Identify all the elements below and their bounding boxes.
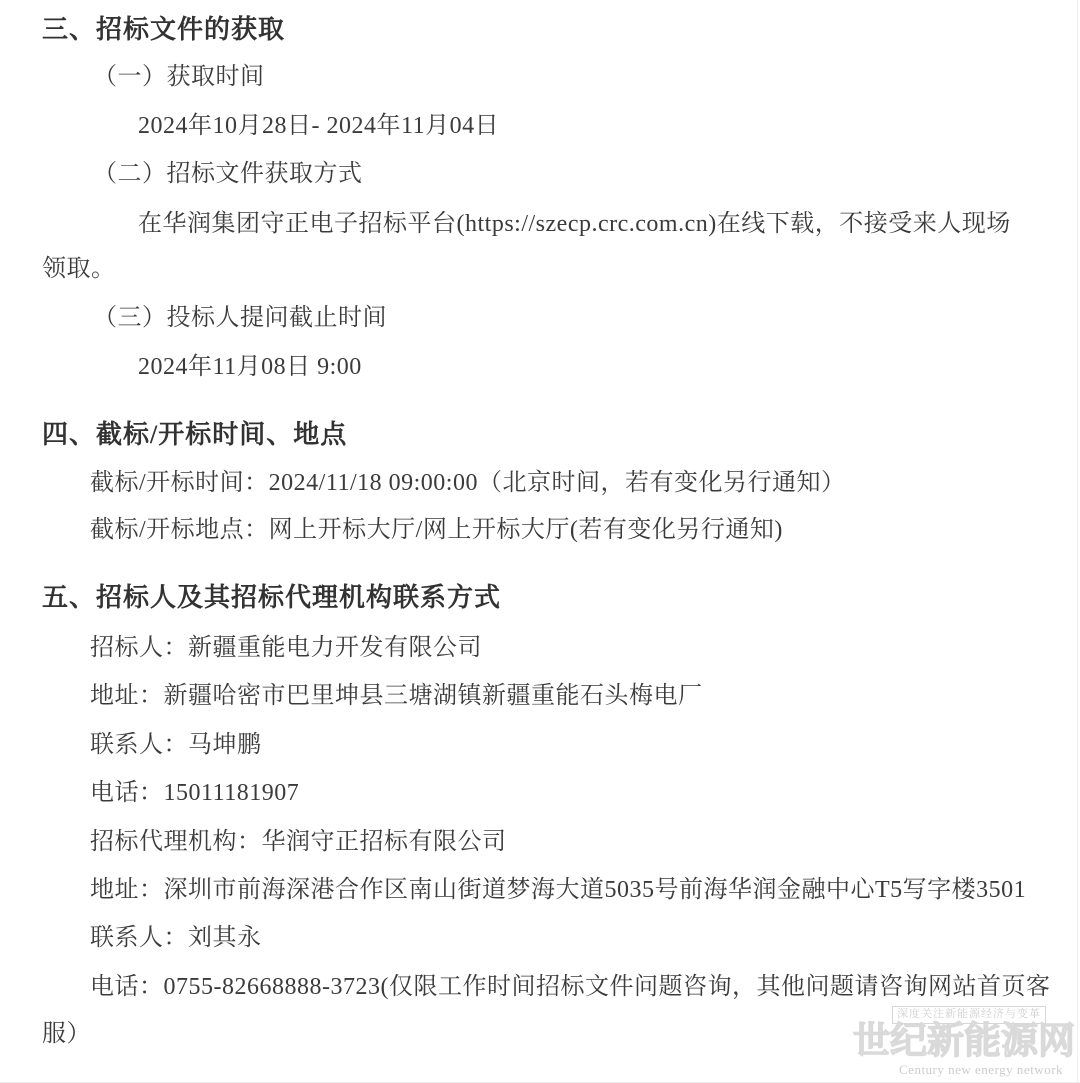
agency-name: 招标代理机构：华润守正招标有限公司 [90, 830, 507, 854]
item-3-1-label: （一）获取时间 [93, 65, 265, 89]
section-4-title: 四、截标/开标时间、地点 [42, 422, 347, 448]
item-3-2-label: （二）招标文件获取方式 [93, 162, 363, 186]
bid-opening-place: 截标/开标地点：网上开标大厅/网上开标大厅(若有变化另行通知) [90, 518, 783, 542]
section-3-title: 三、招标文件的获取 [42, 17, 285, 43]
site-watermark: 深度关注新能源经济与变革 世纪新能源网 Century new energy n… [853, 1004, 1080, 1078]
acquisition-period: 2024年10月28日- 2024年11月04日 [138, 114, 499, 138]
tenderer-phone: 电话：15011181907 [90, 781, 299, 805]
agency-address: 地址：深圳市前海深港合作区南山街道梦海大道5035号前海华润金融中心T5写字楼3… [90, 878, 1026, 902]
download-instruction-line-1: 在华润集团守正电子招标平台(https://szecp.crc.com.cn)在… [138, 212, 1011, 236]
tenderer-name: 招标人：新疆重能电力开发有限公司 [90, 636, 482, 660]
agency-phone-line-2: 服） [42, 1022, 91, 1046]
watermark-site-name: 世纪新能源网 [853, 1022, 1075, 1059]
download-instruction-line-2: 领取。 [42, 257, 116, 281]
page-right-edge-divider [1077, 0, 1078, 1082]
watermark-tagline: 深度关注新能源经济与变革 [892, 1006, 1046, 1024]
agency-contact: 联系人：刘其永 [90, 926, 262, 950]
item-3-3-label: （三）投标人提问截止时间 [93, 306, 387, 330]
agency-phone-line-1: 电话：0755-82668888-3723(仅限工作时间招标文件问题咨询，其他问… [90, 975, 1050, 999]
bid-opening-time: 截标/开标时间：2024/11/18 09:00:00（北京时间，若有变化另行通… [90, 471, 845, 495]
tenderer-contact: 联系人：马坤鹏 [90, 733, 262, 757]
watermark-site-subtitle: Century new energy network [899, 1063, 1063, 1076]
question-deadline: 2024年11月08日 9:00 [138, 355, 362, 379]
tender-notice-page: { "document": { "lines": [ { "kind": "he… [0, 0, 1080, 1083]
tenderer-address: 地址：新疆哈密市巴里坤县三塘湖镇新疆重能石头梅电厂 [90, 684, 703, 708]
document-body: 三、招标文件的获取 （一）获取时间 2024年10月28日- 2024年11月0… [0, 0, 1080, 1082]
section-5-title: 五、招标人及其招标代理机构联系方式 [42, 585, 501, 611]
